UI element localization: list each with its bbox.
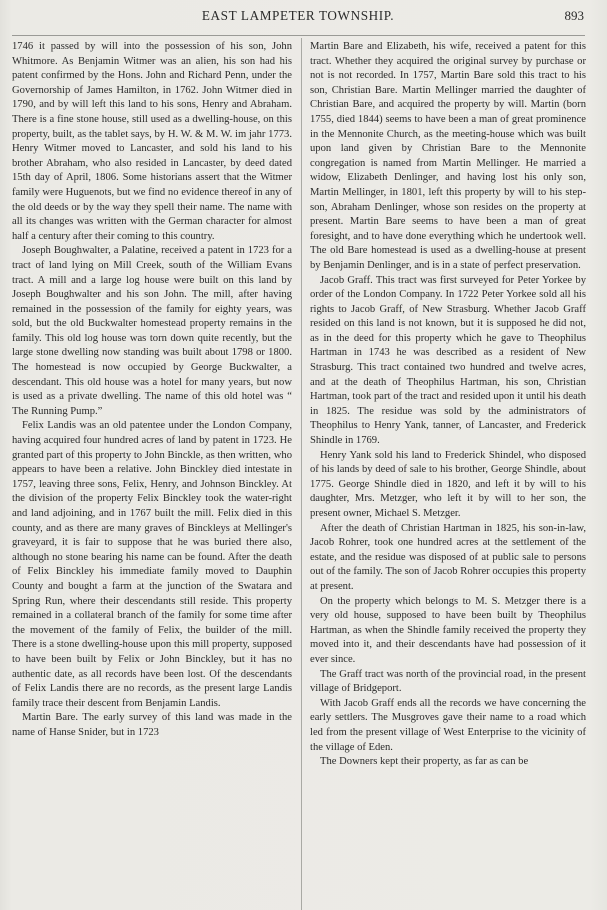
paragraph: Felix Landis was an old patentee under t… xyxy=(12,419,292,711)
book-page: EAST LAMPETER TOWNSHIP. 893 1746 it pass… xyxy=(0,0,607,910)
right-column: Martin Bare and Elizabeth, his wife, rec… xyxy=(310,40,586,770)
page-number: 893 xyxy=(565,8,585,24)
paragraph: Martin Bare and Elizabeth, his wife, rec… xyxy=(310,40,586,274)
paragraph: After the death of Christian Hartman in … xyxy=(310,522,586,595)
paragraph: Henry Yank sold his land to Frederick Sh… xyxy=(310,449,586,522)
column-divider xyxy=(301,38,302,910)
paragraph: Joseph Boughwalter, a Palatine, received… xyxy=(12,244,292,419)
header-rule xyxy=(12,35,585,36)
running-title: EAST LAMPETER TOWNSHIP. xyxy=(12,8,584,24)
paragraph: The Graff tract was north of the provinc… xyxy=(310,668,586,697)
paragraph: On the property which belongs to M. S. M… xyxy=(310,595,586,668)
paragraph: Martin Bare. The early survey of this la… xyxy=(12,711,292,740)
paragraph: Jacob Graff. This tract was first survey… xyxy=(310,274,586,449)
paragraph: 1746 it passed by will into the possessi… xyxy=(12,40,292,244)
paragraph: With Jacob Graff ends all the records we… xyxy=(310,697,586,755)
paragraph: The Downers kept their property, as far … xyxy=(310,755,586,770)
page-header: EAST LAMPETER TOWNSHIP. 893 xyxy=(12,8,584,32)
left-column: 1746 it passed by will into the possessi… xyxy=(12,40,292,741)
